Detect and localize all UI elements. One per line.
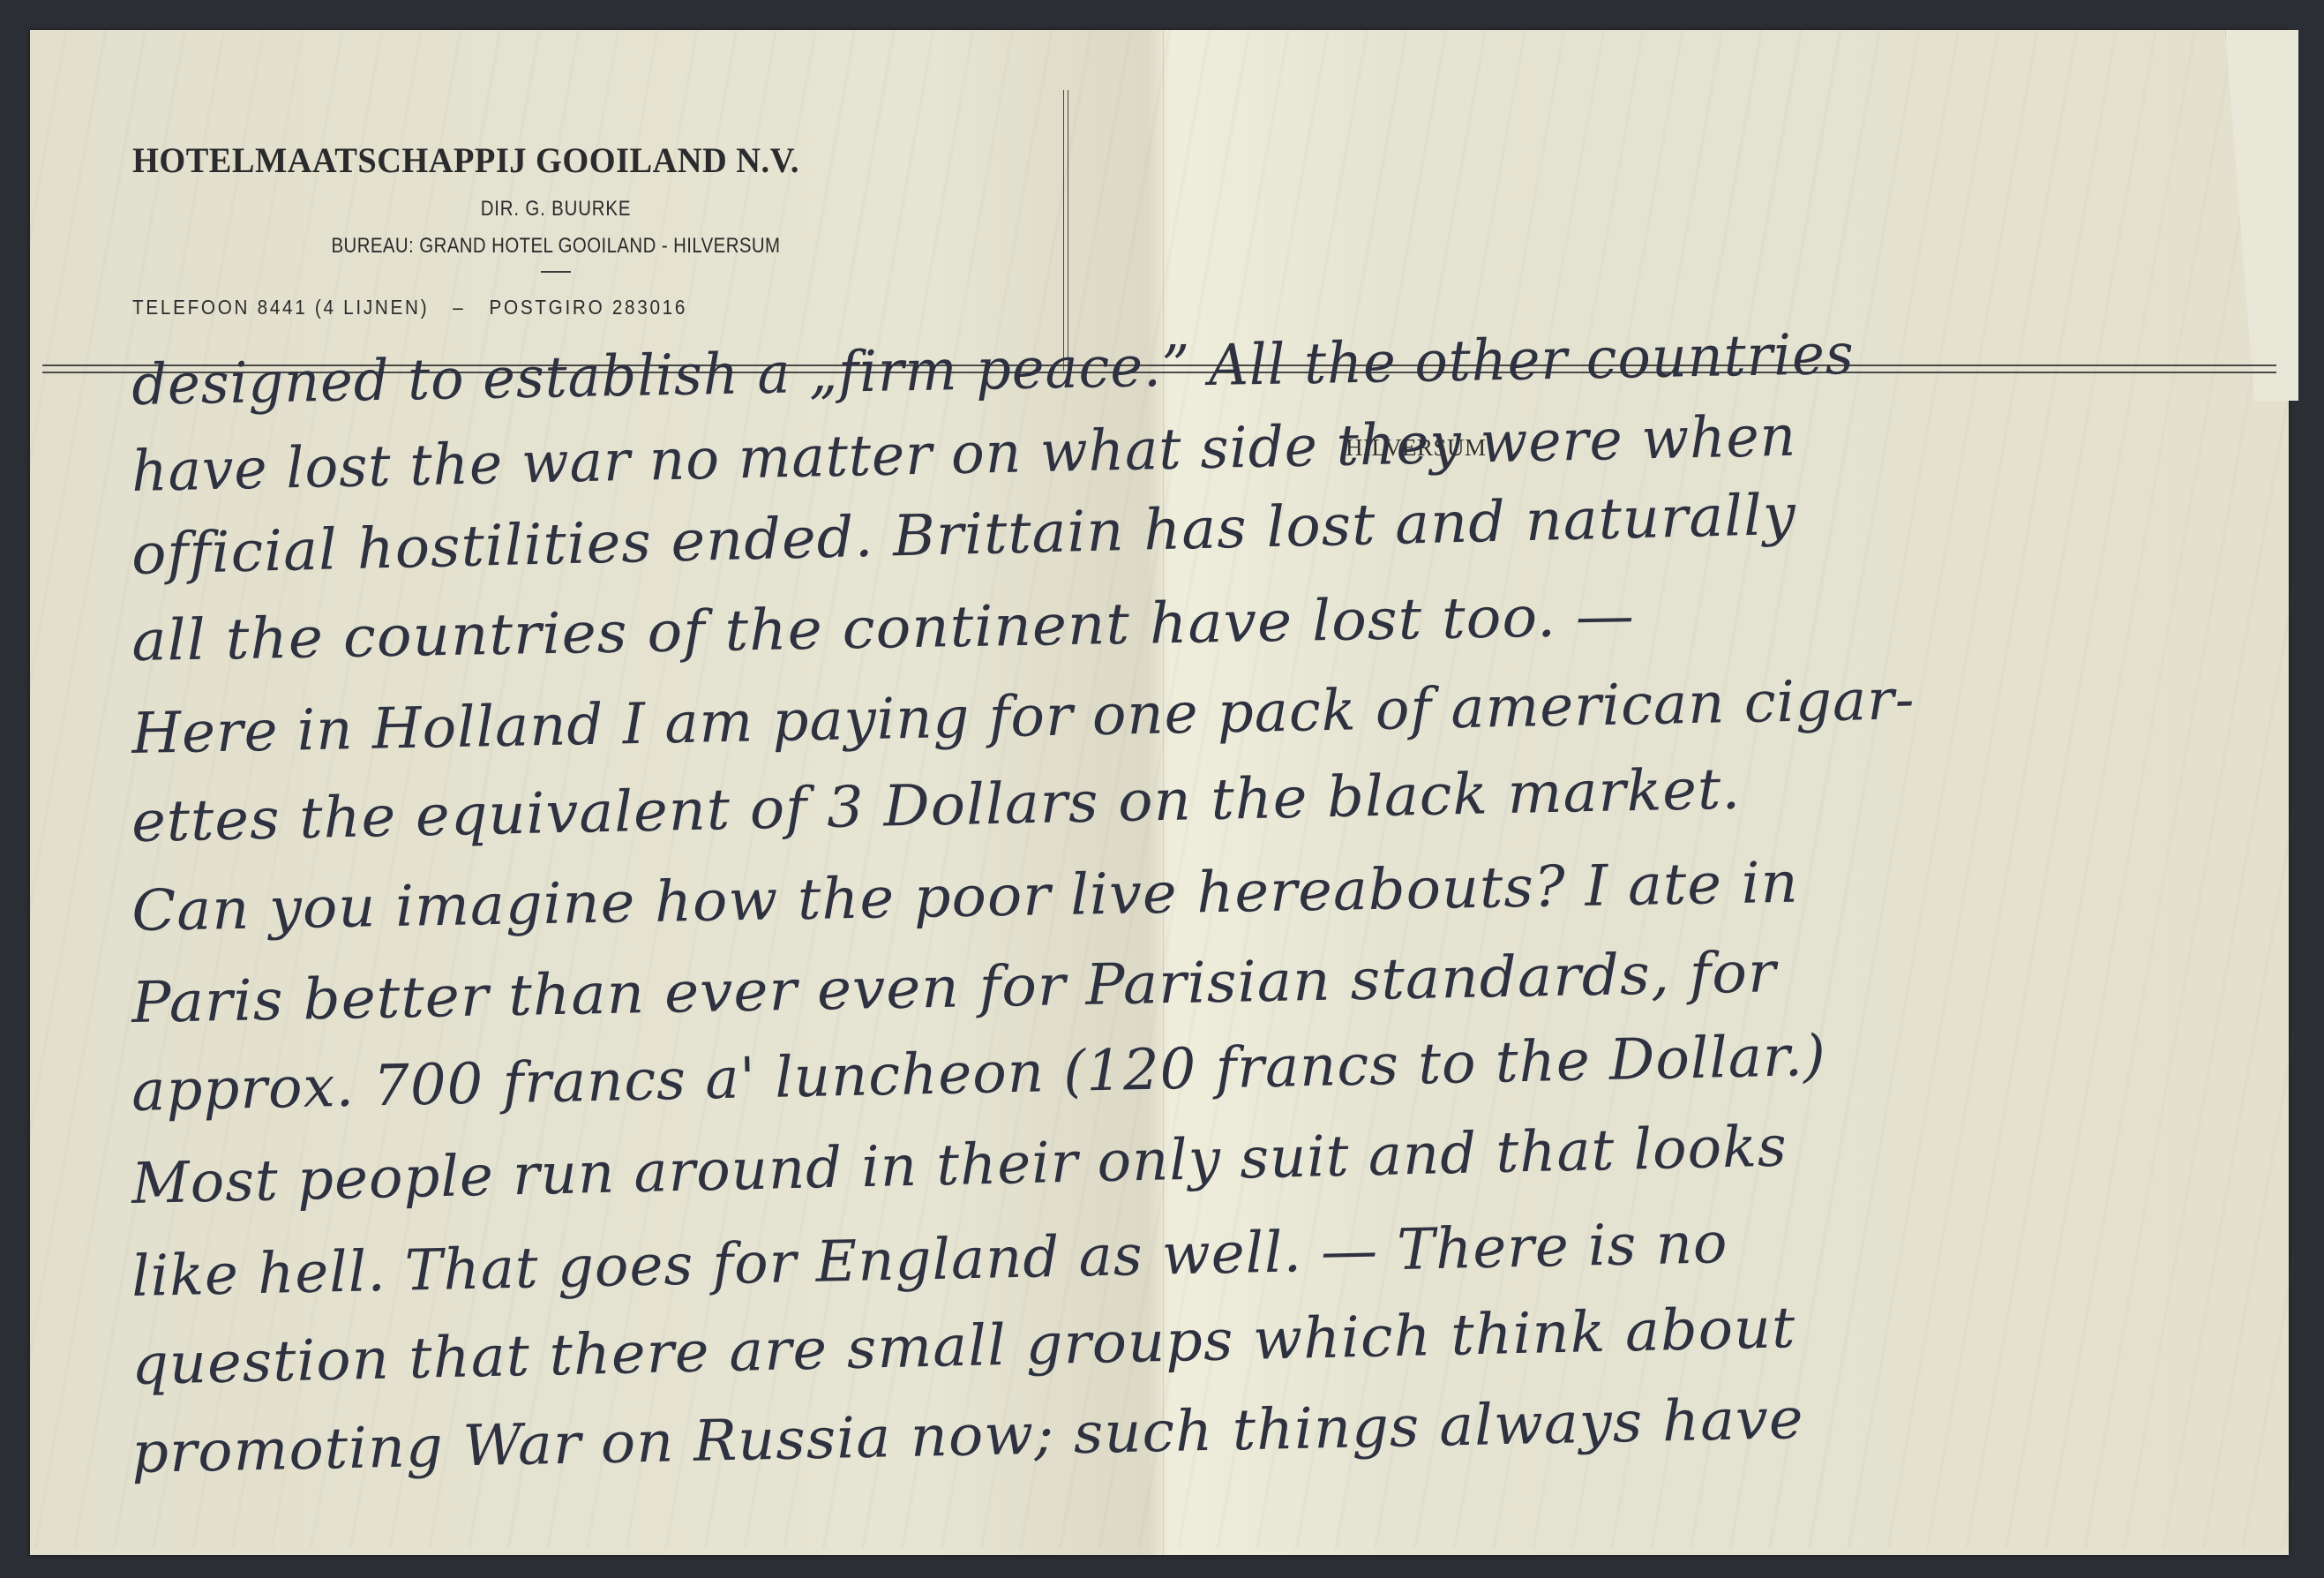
company-name: HOTELMAATSCHAPPIJ GOOILAND N.V. [132, 139, 946, 181]
telephone-number: TELEFOON 8441 (4 LIJNEN) [132, 296, 429, 319]
postgiro-number: POSTGIRO 283016 [490, 296, 688, 319]
director-name: DIR. G. BUURKE [196, 197, 916, 222]
bureau-address: BUREAU: GRAND HOTEL GOOILAND - HILVERSUM [196, 234, 916, 259]
letterhead-vertical-rule [1063, 90, 1068, 371]
letterhead-divider [541, 271, 571, 273]
contact-separator: – [453, 296, 465, 319]
contact-line: TELEFOON 8441 (4 LIJNEN) – POSTGIRO 2830… [132, 296, 895, 319]
letterhead: HOTELMAATSCHAPPIJ GOOILAND N.V. DIR. G. … [132, 139, 979, 319]
